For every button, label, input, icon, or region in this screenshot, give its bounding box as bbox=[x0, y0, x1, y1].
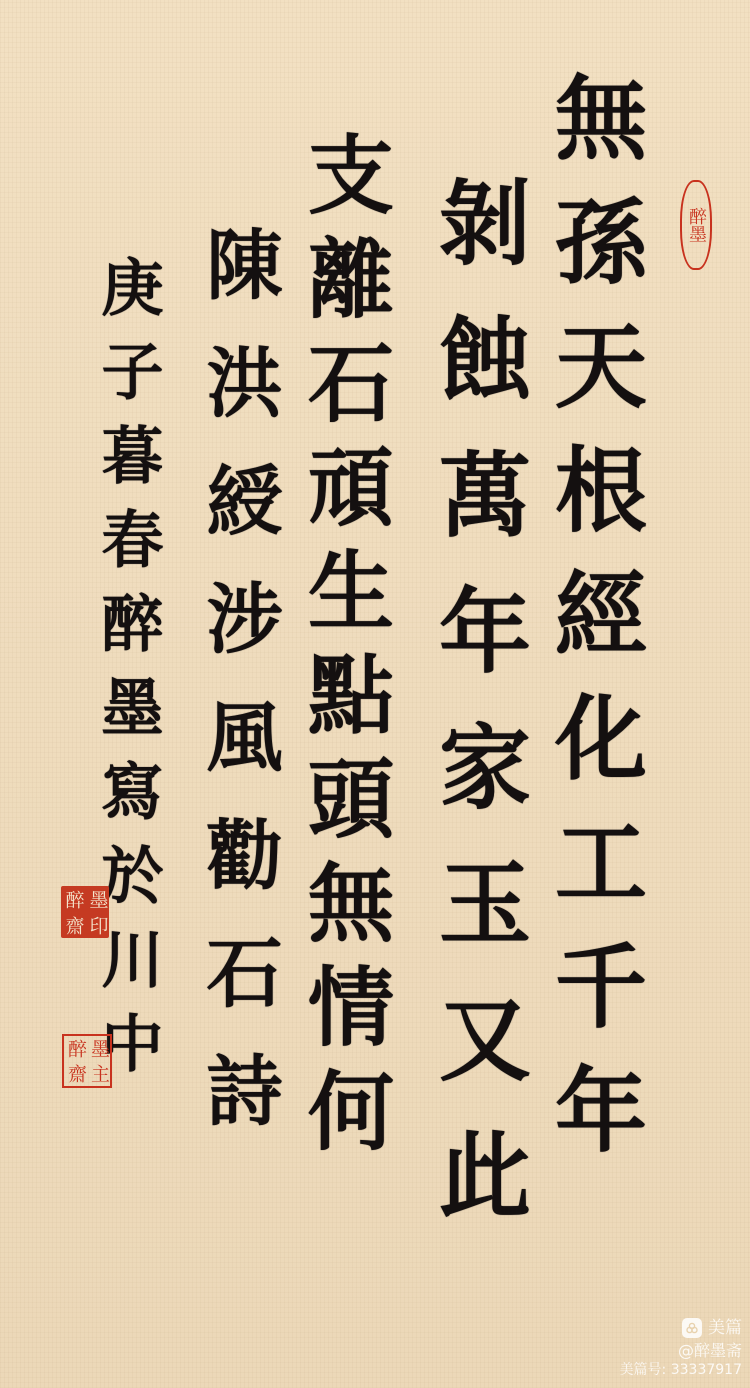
seal-char: 齋 bbox=[64, 1064, 87, 1083]
seal-char: 墨 bbox=[85, 890, 109, 909]
seal-char: 印 bbox=[85, 916, 109, 935]
seal-studio: 醉 墨 齋 主 bbox=[62, 1034, 112, 1088]
watermark-brand-label: 美篇 bbox=[708, 1317, 742, 1340]
watermark-id: 美篇号: 33337917 bbox=[620, 1361, 742, 1380]
seal-char: 齋 bbox=[61, 916, 85, 935]
seal-char: 醉 bbox=[64, 1039, 87, 1058]
calligraphy-scroll: 無孫天根經化工千年 剝蝕萬年家玉又此 支離石頑生點頭無情何 陳洪綬涉風勸石詩 庚… bbox=[0, 0, 750, 1388]
seal-char: 墨 bbox=[87, 1039, 110, 1058]
watermark: 美篇 @醉墨斋 美篇号: 33337917 bbox=[620, 1317, 742, 1380]
watermark-brand: 美篇 bbox=[620, 1317, 742, 1340]
seal-top-right: 醉墨 bbox=[680, 180, 712, 270]
calligraphy-signature-column: 庚子暮春醉墨寫於川中 bbox=[96, 255, 158, 1095]
seal-char: 醉 bbox=[61, 890, 85, 909]
calligraphy-column-2: 剝蝕萬年家玉又此 bbox=[432, 175, 524, 1263]
seal-char: 主 bbox=[87, 1064, 110, 1083]
calligraphy-column-3: 支離石頑生點頭無情何 bbox=[300, 130, 386, 1170]
meipian-logo-icon bbox=[682, 1318, 702, 1338]
calligraphy-column-1: 無孫天根經化工千年 bbox=[548, 70, 640, 1186]
watermark-user: @醉墨斋 bbox=[620, 1340, 742, 1362]
calligraphy-column-4: 陳洪綬涉風勸石詩 bbox=[200, 225, 276, 1169]
seal-name: 醉 墨 齋 印 bbox=[61, 886, 109, 938]
